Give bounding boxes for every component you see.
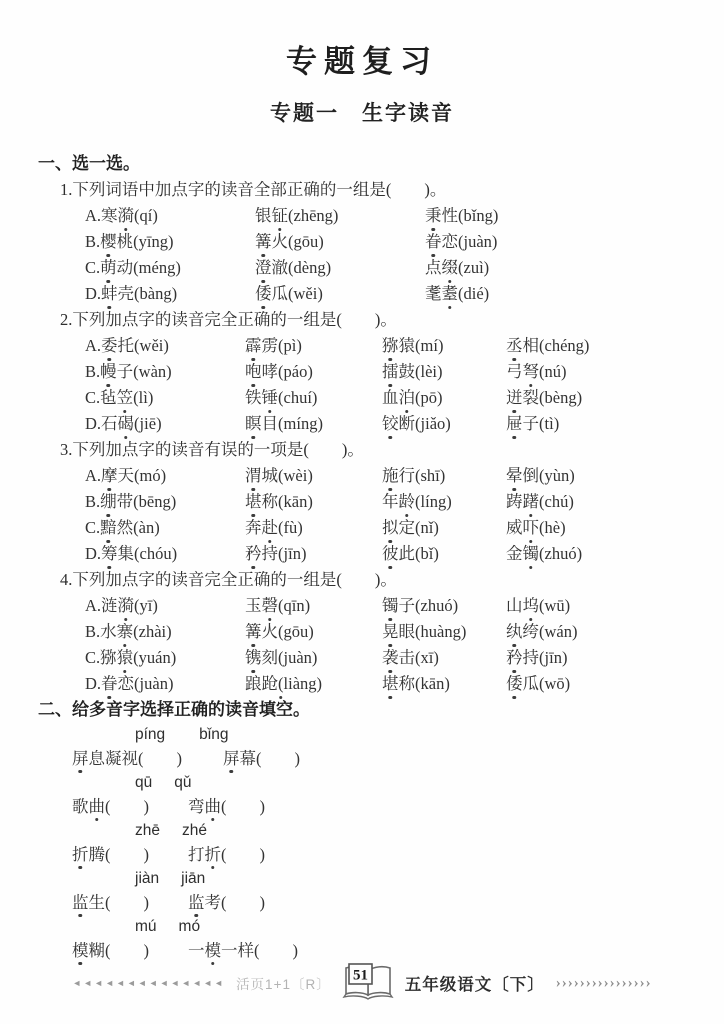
option-row: B.绷带(bēng)堪称(kān)年龄(líng)踌躇(chú): [38, 489, 684, 515]
option-word: 弓弩(nú): [506, 359, 684, 385]
option-row: C.黯然(àn)奔赴(fù)拟定(nǐ)威吓(hè): [38, 515, 684, 541]
dot-marked-char: 镌: [245, 645, 262, 671]
pinyin-option: jiān: [181, 867, 205, 891]
pinyin-option: píng: [135, 723, 165, 747]
dot-marked-char: 篝: [245, 619, 262, 645]
option-word: 拟定(nǐ): [382, 515, 506, 541]
fill-blank-word: 监生( ): [72, 891, 188, 915]
dot-marked-char: 丞: [506, 333, 523, 359]
dot-marked-char: 耋: [442, 281, 459, 307]
option-word: D.筹集(chóu): [85, 541, 245, 567]
option-row: A.委托(wěi)霹雳(pì)猕猿(mí)丞相(chéng): [38, 333, 684, 359]
series-label: 活页1+1〔R〕: [236, 973, 331, 993]
dot-marked-char: 纨: [506, 619, 523, 645]
fill-blank-row: 监生( )监考( ): [38, 891, 684, 915]
book-title: 五年级语文〔下〕: [405, 971, 545, 995]
dot-marked-char: 黯: [100, 515, 117, 541]
option-word: 镌刻(juàn): [245, 645, 382, 671]
option-word: 擂鼓(lèi): [382, 359, 506, 385]
dot-marked-char: 堪: [382, 671, 399, 697]
section2-heading: 二、给多音字选择正确的读音填空。: [38, 697, 684, 723]
worksheet-content: 一、选一选。 1.下列词语中加点字的读音全部正确的一组是( )。A.寒漪(qí)…: [0, 127, 724, 963]
dot-marked-char: 监: [72, 891, 89, 915]
dot-marked-char: 铰: [382, 411, 399, 437]
worksheet-page: 专题复习 专题一 生字读音 一、选一选。 1.下列词语中加点字的读音全部正确的一…: [0, 0, 724, 1024]
dot-marked-char: 吓: [523, 515, 540, 541]
option-word: 年龄(líng): [382, 489, 506, 515]
option-word: 渭城(wèi): [245, 463, 382, 489]
fill-blank-word: 弯曲( ): [188, 795, 265, 819]
dot-marked-char: 眷: [101, 671, 118, 697]
option-row: D.筹集(chóu)矜持(jīn)彼此(bǐ)金镯(zhuó): [38, 541, 684, 567]
question: 1.下列词语中加点字的读音全部正确的一组是( )。A.寒漪(qí)银钲(zhēn…: [38, 177, 684, 307]
option-word: 彼此(bǐ): [382, 541, 506, 567]
option-word: 倭瓜(wō): [506, 671, 684, 697]
question: 3.下列加点字的读音有误的一项是( )。A.摩天(mó)渭城(wèi)施行(sh…: [38, 437, 684, 567]
question-stem: 1.下列词语中加点字的读音全部正确的一组是( )。: [38, 177, 684, 203]
option-word: 咆哮(páo): [245, 359, 382, 385]
dot-marked-char: 屏: [72, 747, 89, 771]
dot-marked-char: 渭: [245, 463, 262, 489]
dot-marked-char: 迸: [506, 385, 523, 411]
open-book-icon: 51: [342, 962, 394, 1004]
option-word: B.幔子(wàn): [85, 359, 245, 385]
fill-blank-word: 折腾( ): [72, 843, 188, 867]
fill-blank-word: 一模一样( ): [188, 939, 298, 963]
page-footer: ◄◄◄◄◄◄◄◄◄◄◄◄◄◄ 活页1+1〔R〕 51 五年级语文〔下〕 ››››…: [0, 962, 724, 1004]
dot-marked-char: 瞑: [245, 411, 262, 437]
option-word: 点缀(zuì): [425, 255, 684, 281]
option-row: C.猕猿(yuán)镌刻(juàn)袭击(xī)矜持(jīn): [38, 645, 684, 671]
option-word: 篝火(gōu): [245, 619, 382, 645]
option-word: 奔赴(fù): [245, 515, 382, 541]
option-word: A.涟漪(yī): [85, 593, 245, 619]
dot-marked-char: 秉: [425, 203, 442, 229]
dot-marked-char: 猕: [382, 333, 399, 359]
dot-marked-char: 泊: [399, 385, 416, 411]
question: 4.下列加点字的读音完全正确的一组是( )。A.涟漪(yī)玉磬(qīn)镯子(…: [38, 567, 684, 697]
dot-marked-char: 碣: [118, 411, 135, 437]
option-word: A.委托(wěi): [85, 333, 245, 359]
pinyin-choices-row: múmó: [38, 915, 684, 939]
question-stem: 2.下列加点字的读音完全正确的一组是( )。: [38, 307, 684, 333]
option-word: 纨绔(wán): [506, 619, 684, 645]
option-word: 耄耋(dié): [425, 281, 684, 307]
dot-marked-char: 模: [72, 939, 89, 963]
pinyin-option: zhé: [182, 819, 207, 843]
pinyin-choices-row: zhēzhé: [38, 819, 684, 843]
fill-blank-word: 打折( ): [188, 843, 265, 867]
dot-marked-char: 折: [72, 843, 89, 867]
dot-marked-char: 澄: [255, 255, 272, 281]
option-word: 铰断(jiǎo): [382, 411, 506, 437]
section1-heading: 一、选一选。: [38, 151, 684, 177]
fill-blank-row: 模糊( )一模一样( ): [38, 939, 684, 963]
question: 2.下列加点字的读音完全正确的一组是( )。A.委托(wěi)霹雳(pì)猕猿(…: [38, 307, 684, 437]
pinyin-option: mú: [135, 915, 157, 939]
dot-marked-char: 倭: [255, 281, 272, 307]
dot-marked-char: 矜: [245, 541, 262, 567]
option-word: 袭击(xī): [382, 645, 506, 671]
option-row: A.摩天(mó)渭城(wèi)施行(shī)晕倒(yùn): [38, 463, 684, 489]
dot-marked-char: 缀: [442, 255, 459, 281]
option-word: 金镯(zhuó): [506, 541, 684, 567]
question-stem: 4.下列加点字的读音完全正确的一组是( )。: [38, 567, 684, 593]
dot-marked-char: 赴: [262, 515, 279, 541]
pinyin-choices-row: píngbǐng: [38, 723, 684, 747]
dot-marked-char: 模: [205, 939, 222, 963]
option-word: C.黯然(àn): [85, 515, 245, 541]
fill-blank-word: 屏幕( ): [223, 747, 300, 771]
option-row: B.幔子(wàn)咆哮(páo)擂鼓(lèi)弓弩(nú): [38, 359, 684, 385]
option-word: B.樱桃(yīng): [85, 229, 255, 255]
option-word: 血泊(pō): [382, 385, 506, 411]
fill-blank-word: 监考( ): [188, 891, 265, 915]
dot-marked-char: 委: [101, 333, 118, 359]
dot-marked-char: 霹: [245, 333, 262, 359]
option-word: 晕倒(yùn): [506, 463, 684, 489]
option-word: 眷恋(juàn): [425, 229, 684, 255]
dot-marked-char: 拟: [382, 515, 399, 541]
option-row: D.蚌壳(bàng)倭瓜(wěi)耄耋(dié): [38, 281, 684, 307]
dot-marked-char: 咆: [245, 359, 262, 385]
option-word: 山坞(wū): [506, 593, 684, 619]
option-word: 迸裂(bèng): [506, 385, 684, 411]
fill-blank-row: 歌曲( )弯曲( ): [38, 795, 684, 819]
dot-marked-char: 屏: [223, 747, 240, 771]
question-stem: 3.下列加点字的读音有误的一项是( )。: [38, 437, 684, 463]
option-word: C.毡笠(lì): [85, 385, 245, 411]
option-word: 堪称(kān): [245, 489, 382, 515]
dot-marked-char: 屉: [506, 411, 523, 437]
dot-marked-char: 镯: [523, 541, 540, 567]
option-word: B.水寨(zhài): [85, 619, 245, 645]
option-word: D.蚌壳(bàng): [85, 281, 255, 307]
option-word: A.摩天(mó): [85, 463, 245, 489]
option-word: A.寒漪(qí): [85, 203, 255, 229]
pinyin-option: mó: [179, 915, 201, 939]
pinyin-choices-row: jiànjiān: [38, 867, 684, 891]
dot-marked-char: 晃: [382, 619, 399, 645]
option-word: D.石碣(jiē): [85, 411, 245, 437]
dot-marked-char: 躇: [523, 489, 540, 515]
option-word: 矜持(jīn): [506, 645, 684, 671]
fill-blank-row: 屏息凝视( )屏幕( ): [38, 747, 684, 771]
dot-marked-char: 樱: [100, 229, 117, 255]
dot-marked-char: 折: [205, 843, 222, 867]
option-word: 威吓(hè): [506, 515, 684, 541]
dot-marked-char: 寨: [117, 619, 134, 645]
dot-marked-char: 摩: [101, 463, 118, 489]
dot-marked-char: (: [278, 671, 284, 697]
page-number: 51: [353, 968, 368, 984]
option-row: A.涟漪(yī)玉磬(qīn)镯子(zhuó)山坞(wū): [38, 593, 684, 619]
option-row: D.眷恋(juàn)踉跄(liàng)堪称(kān)倭瓜(wō): [38, 671, 684, 697]
option-row: C.萌动(méng)澄澈(dèng)点缀(zuì): [38, 255, 684, 281]
option-word: 丞相(chéng): [506, 333, 684, 359]
option-word: 晃眼(huàng): [382, 619, 506, 645]
dot-marked-char: 袭: [382, 645, 399, 671]
option-word: 踉跄(liàng): [245, 671, 382, 697]
topic-subtitle: 专题一 生字读音: [0, 97, 724, 127]
option-word: 秉性(bǐng): [425, 203, 684, 229]
dot-marked-char: 龄: [399, 489, 416, 515]
dot-marked-char: 笠: [117, 385, 134, 411]
dot-marked-char: 眷: [425, 229, 442, 255]
dot-marked-char: 矜: [506, 645, 523, 671]
pinyin-choices-row: qūqǔ: [38, 771, 684, 795]
dot-marked-char: 曲: [205, 795, 222, 819]
option-word: C.猕猿(yuán): [85, 645, 245, 671]
option-word: 澄澈(dèng): [255, 255, 425, 281]
dot-marked-char: 镯: [382, 593, 399, 619]
option-row: D.石碣(jiē)瞑目(míng)铰断(jiǎo)屉子(tì): [38, 411, 684, 437]
dot-marked-char: 曲: [89, 795, 106, 819]
dot-marked-char: 蚌: [101, 281, 118, 307]
dot-marked-char: 晕: [506, 463, 523, 489]
dot-marked-char: 擂: [382, 359, 399, 385]
option-word: 矜持(jīn): [245, 541, 382, 567]
dot-marked-char: 堪: [245, 489, 262, 515]
option-word: 踌躇(chú): [506, 489, 684, 515]
multiple-choice-question-list: 1.下列词语中加点字的读音全部正确的一组是( )。A.寒漪(qí)银钲(zhēn…: [38, 177, 684, 697]
fill-blank-row: 折腾( )打折( ): [38, 843, 684, 867]
dot-marked-char: 萌: [100, 255, 117, 281]
left-arrows-decoration: ◄◄◄◄◄◄◄◄◄◄◄◄◄◄: [72, 978, 225, 988]
fill-blank-word: 歌曲( ): [72, 795, 188, 819]
polyphone-fill-blank-exercise: píngbǐng屏息凝视( )屏幕( )qūqǔ歌曲( )弯曲( )zhēzhé…: [38, 723, 684, 963]
dot-marked-char: 钲: [272, 203, 289, 229]
dot-marked-char: 幔: [100, 359, 117, 385]
dot-marked-char: 彼: [382, 541, 399, 567]
option-word: 霹雳(pì): [245, 333, 382, 359]
option-word: B.绷带(bēng): [85, 489, 245, 515]
option-word: 倭瓜(wěi): [255, 281, 425, 307]
option-word: 玉磬(qīn): [245, 593, 382, 619]
option-word: 篝火(gōu): [255, 229, 425, 255]
dot-marked-char: 猿: [117, 645, 134, 671]
dot-marked-char: 施: [382, 463, 399, 489]
option-word: D.眷恋(juàn): [85, 671, 245, 697]
option-word: 施行(shī): [382, 463, 506, 489]
option-word: 堪称(kān): [382, 671, 506, 697]
option-word: C.萌动(méng): [85, 255, 255, 281]
option-row: A.寒漪(qí)银钲(zhēng)秉性(bǐng): [38, 203, 684, 229]
option-row: B.水寨(zhài)篝火(gōu)晃眼(huàng)纨绔(wán): [38, 619, 684, 645]
right-arrows-decoration: ››››››››››››››››: [556, 975, 652, 992]
option-row: C.毡笠(lì)铁锤(chuí)血泊(pō)迸裂(bèng): [38, 385, 684, 411]
option-word: 铁锤(chuí): [245, 385, 382, 411]
dot-marked-char: 锤: [262, 385, 279, 411]
option-word: 镯子(zhuó): [382, 593, 506, 619]
fill-blank-word: 屏息凝视( ): [72, 747, 223, 771]
fill-blank-word: 模糊( ): [72, 939, 188, 963]
option-word: 银钲(zhēng): [255, 203, 425, 229]
dot-marked-char: 弩: [523, 359, 540, 385]
dot-marked-char: 倭: [506, 671, 523, 697]
option-word: 猕猿(mí): [382, 333, 506, 359]
dot-marked-char: 篝: [255, 229, 272, 255]
dot-marked-char: 磬: [262, 593, 279, 619]
pinyin-option: zhē: [135, 819, 160, 843]
dot-marked-char: 坞: [523, 593, 540, 619]
option-row: B.樱桃(yīng)篝火(gōu)眷恋(juàn): [38, 229, 684, 255]
dot-marked-char: 绷: [100, 489, 117, 515]
dot-marked-char: 漪: [118, 593, 135, 619]
pinyin-option: qū: [135, 771, 152, 795]
pinyin-option: qǔ: [174, 771, 191, 795]
dot-marked-char: 监: [188, 891, 205, 915]
pinyin-option: bǐng: [199, 723, 228, 747]
option-word: 屉子(tì): [506, 411, 684, 437]
pinyin-option: jiàn: [135, 867, 159, 891]
page-title: 专题复习: [0, 0, 724, 81]
option-word: 瞑目(míng): [245, 411, 382, 437]
dot-marked-char: 筹: [101, 541, 118, 567]
dot-marked-char: 漪: [118, 203, 135, 229]
